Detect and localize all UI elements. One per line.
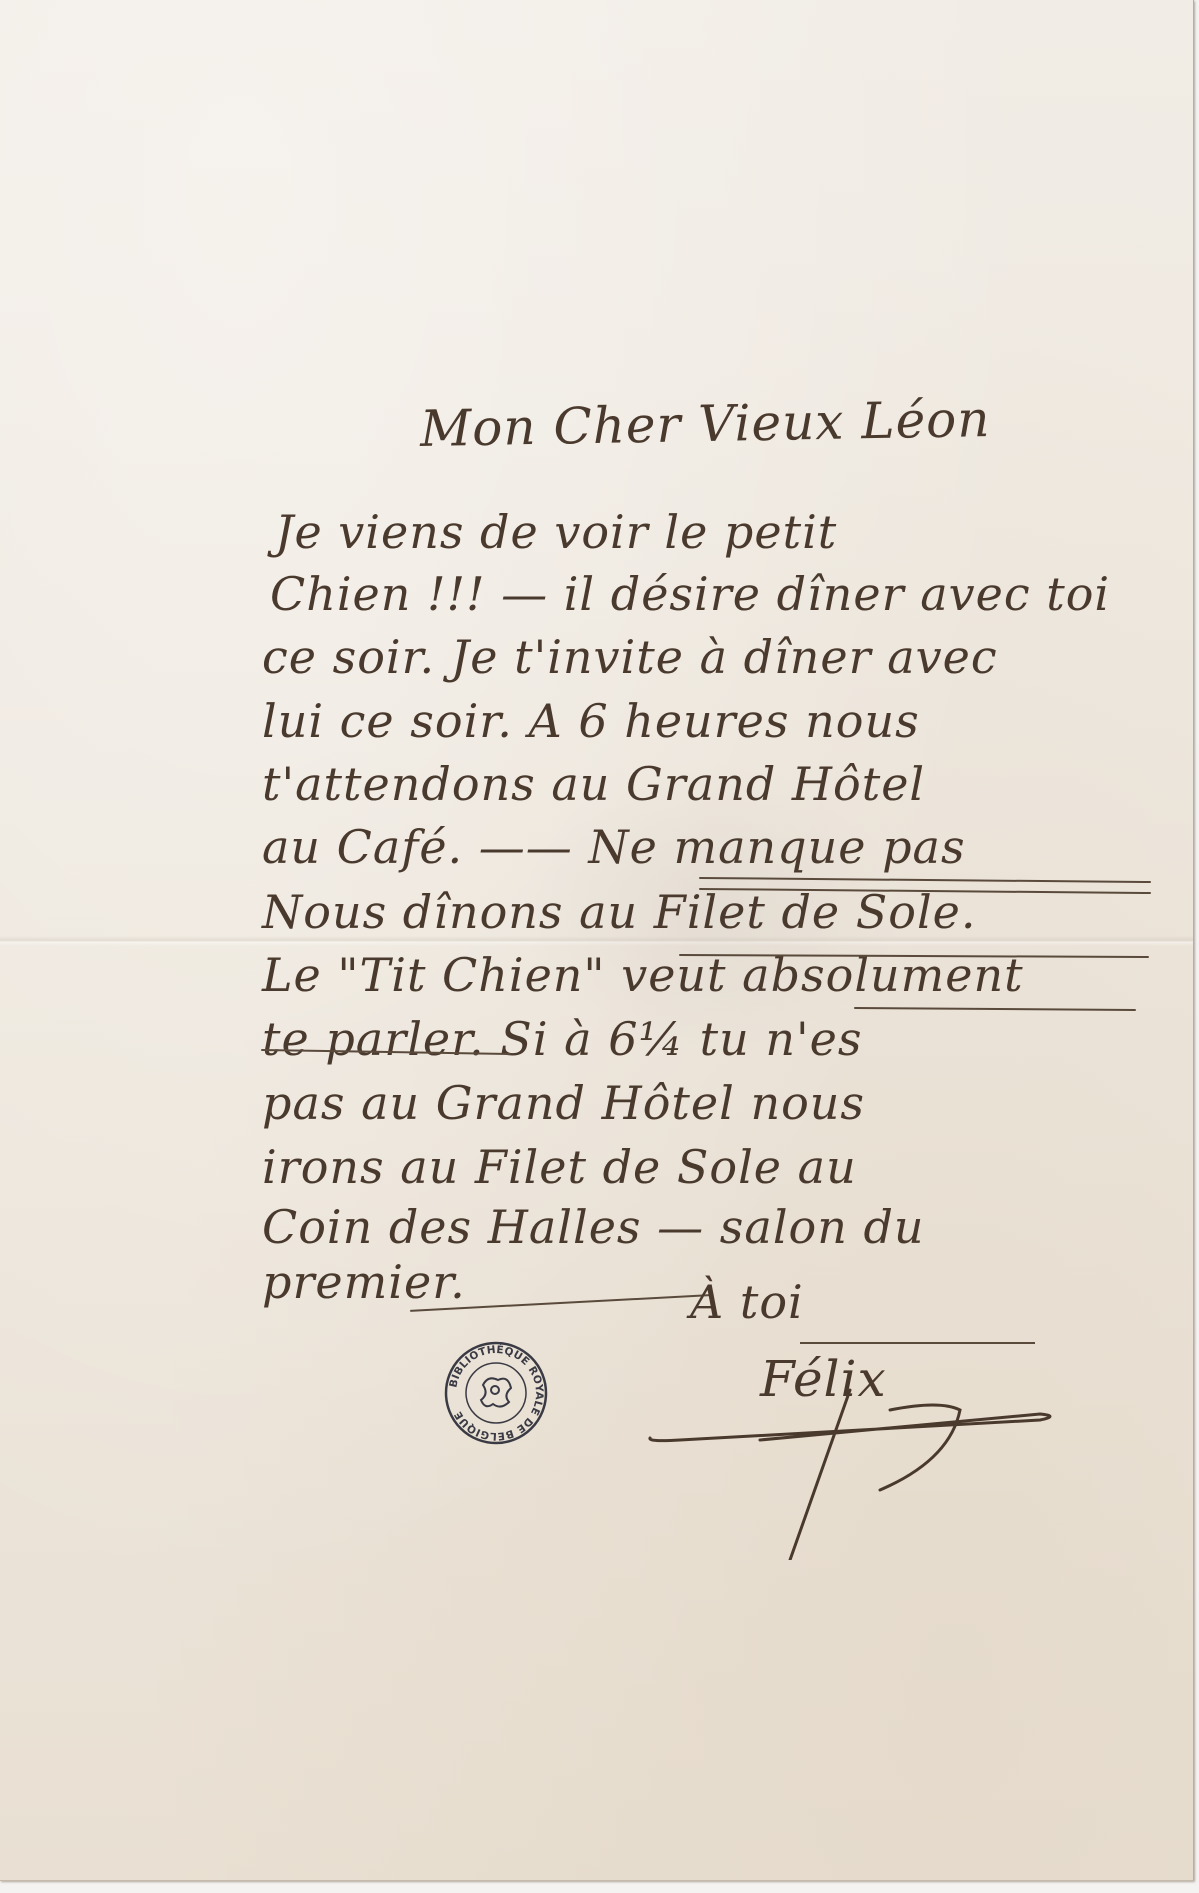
signature-top-line [800, 1342, 1035, 1344]
lion-emblem-icon [481, 1378, 511, 1406]
underline-strokes [0, 0, 1193, 1880]
signature-flourish [640, 1380, 1070, 1560]
library-stamp: BIBLIOTHÈQUE ROYALE DE BELGIQUE [443, 1340, 549, 1446]
closing: À toi [690, 1275, 804, 1329]
letter-page: Mon Cher Vieux Léon Je viens de voir le … [0, 0, 1194, 1881]
